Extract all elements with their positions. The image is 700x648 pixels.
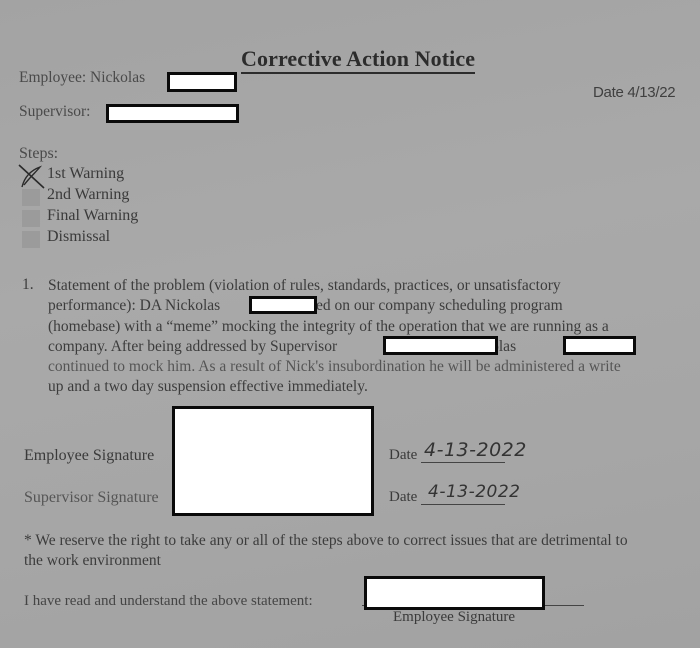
step-label-2nd-warning: 2nd Warning	[47, 186, 129, 204]
steps-label: Steps:	[19, 145, 58, 163]
reservation-note-line-2: the work environment	[24, 551, 628, 571]
supervisor-date-underline	[421, 504, 505, 505]
step-checkbox-1st-warning[interactable]	[22, 169, 40, 186]
notice-date: Date 4/13/22	[593, 84, 675, 101]
reservation-note: * We reserve the right to take any or al…	[24, 531, 628, 571]
redacted-employee-surname-2	[249, 296, 317, 314]
acknowledgement-label: I have read and understand the above sta…	[24, 593, 313, 610]
redacted-employee-surname-3	[563, 336, 636, 355]
step-label-final-warning: Final Warning	[47, 207, 138, 225]
employee-date-value[interactable]: 4-13-2022	[424, 439, 527, 461]
statement-line-4-start: company. After being addressed by Superv…	[48, 338, 337, 355]
statement-line-2: performance): DA Nickolasposted on our c…	[48, 296, 688, 316]
statement-line-2-start: performance): DA Nickolas	[48, 297, 220, 314]
step-checkbox-2nd-warning[interactable]	[22, 189, 40, 206]
supervisor-date-label: Date	[389, 489, 417, 506]
statement-line-3: (homebase) with a “meme” mocking the int…	[48, 317, 688, 337]
employee-label: Employee: Nickolas	[19, 69, 145, 87]
statement-line-5: continued to mock him. As a result of Ni…	[48, 357, 688, 377]
step-checkbox-final-warning[interactable]	[22, 210, 40, 227]
step-label-1st-warning: 1st Warning	[47, 165, 124, 183]
statement-line-1: Statement of the problem (violation of r…	[48, 276, 688, 296]
employee-date-underline	[421, 462, 505, 463]
statement-number: 1.	[22, 276, 34, 294]
redacted-employee-surname	[167, 72, 237, 92]
supervisor-date-value[interactable]: 4-13-2022	[428, 482, 520, 502]
check-mark-icon	[16, 163, 46, 189]
employee-signature-label: Employee Signature	[24, 447, 154, 465]
acknowledgement-caption: Employee Signature	[393, 609, 515, 626]
redacted-supervisor-name	[106, 104, 239, 123]
reservation-note-line-1: * We reserve the right to take any or al…	[24, 531, 628, 551]
step-label-dismissal: Dismissal	[47, 228, 110, 246]
statement-line-6: up and a two day suspension effective im…	[48, 377, 688, 397]
statement-line-2-end: posted on our company scheduling program	[290, 297, 562, 314]
employee-date-label: Date	[389, 447, 417, 464]
redacted-signatures	[172, 406, 374, 516]
step-checkbox-dismissal[interactable]	[22, 231, 40, 248]
supervisor-label: Supervisor:	[19, 103, 90, 121]
supervisor-signature-label: Supervisor Signature	[24, 489, 159, 507]
redacted-supervisor-name-2	[383, 336, 498, 355]
document-title: Corrective Action Notice	[241, 46, 475, 74]
redacted-employee-signature	[364, 576, 545, 610]
